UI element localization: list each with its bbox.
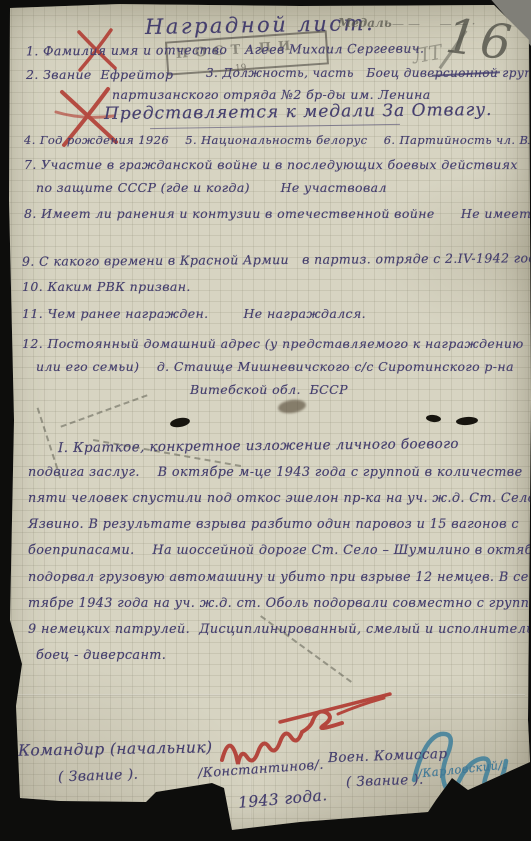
ink-blot <box>426 414 442 423</box>
pencil-dash-mark <box>60 394 147 427</box>
commissar-rank-label: ( Звание ). <box>346 772 424 791</box>
ink-blot <box>169 416 190 428</box>
commander-rank-label: ( Звание ). <box>58 767 139 786</box>
citation-line: Язвино. В результате взрыва разбито один… <box>28 517 519 532</box>
field-line-3-cont: партизанского отряда №2 бр-ды им. Ленина <box>112 87 431 102</box>
award-sheet-page: Наградной лист. Медаль —— ——· ЛТ 16 ПОСТ… <box>0 0 531 841</box>
ink-blot <box>456 416 479 426</box>
citation-line: подвига заслуг. В октябре м-це 1943 года… <box>28 465 523 480</box>
underline-flourish <box>150 124 400 129</box>
pencil-note: Медаль <box>338 16 392 30</box>
field-line-1: 1. Фамилия имя и отчество Агеев Михаил С… <box>26 41 424 59</box>
field-line-8: 8. Имеет ли ранения и контузии в отечест… <box>24 206 531 221</box>
field-line-4-5-6: 4. Год рождения 1926 5. Национальность б… <box>24 133 531 147</box>
field-line-11: 11. Чем ранее награжден. Не награждался. <box>22 306 366 321</box>
field-line-12-region: Витебской обл. БССР <box>190 382 348 397</box>
signature-year: 1943 года. <box>237 786 328 812</box>
citation-line: боеприпасами. На шоссейной дороге Ст. Се… <box>28 543 531 558</box>
citation-line: подорвал грузовую автомашину и убито при… <box>28 570 531 585</box>
citation-line: боец - диверсант. <box>36 648 166 663</box>
citation-heading: I. Краткое, конкретное изложение личного… <box>58 436 459 456</box>
field-line-12-cont: или его семьи) д. Стаище Мишневичского с… <box>36 359 514 374</box>
commander-label: Командир (начальник) <box>18 738 213 759</box>
document-scan: Наградной лист. Медаль —— ——· ЛТ 16 ПОСТ… <box>0 0 531 841</box>
field-line-2: 2. Звание Ефрейтор <box>26 67 173 82</box>
field-line-7: 7. Участие в гражданской войне и в после… <box>24 157 518 172</box>
presented-for-medal-line: Представляется к медали За Отвагу. <box>104 100 493 124</box>
field-line-10: 10. Каким РВК призван. <box>22 279 191 294</box>
field-line-12: 12. Постоянный домашний адрес (у предста… <box>22 336 524 351</box>
field-line-7-cont: по защите СССР (где и когда) Не участвов… <box>36 180 387 195</box>
citation-line: пяти человек спустили под откос эшелон п… <box>28 491 531 506</box>
citation-line: 9 немецких патрулей. Дисциплинированный,… <box>28 622 531 637</box>
stain <box>277 398 307 415</box>
field-line-9: 9. С какого времени в Красной Армии в па… <box>22 250 531 269</box>
citation-line: тябре 1943 года на уч. ж.д. ст. Оболь по… <box>28 596 531 611</box>
